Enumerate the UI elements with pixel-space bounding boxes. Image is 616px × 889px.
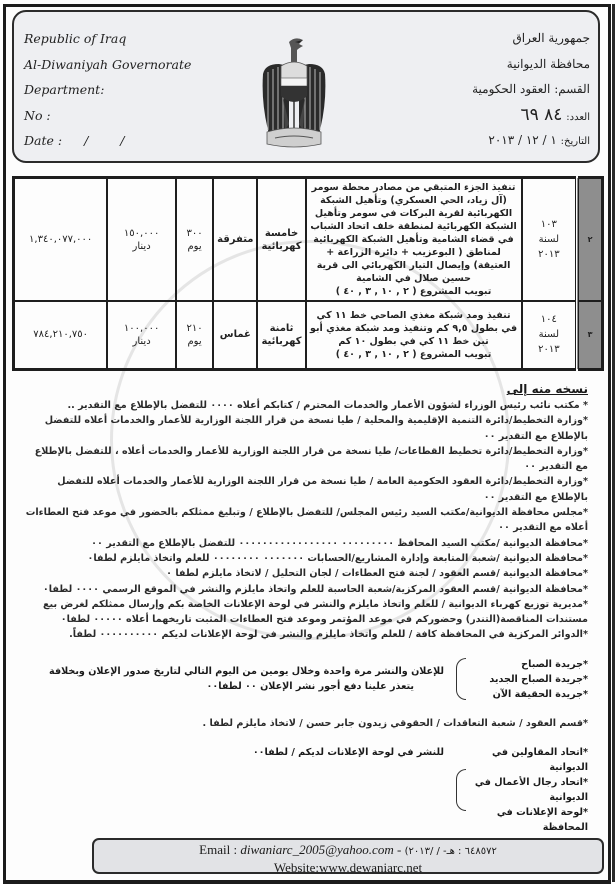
category-type: كهربائية bbox=[261, 240, 301, 253]
country-arabic: جمهورية العراق bbox=[370, 26, 590, 52]
governorate-english: Al-Diwaniyah Governorate bbox=[24, 52, 224, 78]
newspaper-item: *جريدة الصباح bbox=[470, 657, 588, 672]
project-location: متفرقة bbox=[213, 178, 257, 302]
project-number-year-label: لسنة bbox=[526, 232, 573, 247]
letterhead-english: Republic of Iraq Al-Diwaniyah Governorat… bbox=[24, 26, 224, 154]
estimated-cost: ٧٨٤,٢١٠,٧٥٠ bbox=[14, 301, 108, 369]
duration-value: ٢١٠ bbox=[180, 322, 209, 335]
table-row: ٢ ١٠٣ لسنة ٢٠١٣ تنفيذ الجزء المتبقي من م… bbox=[14, 178, 603, 302]
note-line: يتعذر علينا دفع أجور نشر الإعلان ٠٠ لطفا… bbox=[49, 679, 414, 694]
date-row-arabic: التاريخ: ١ / ١٢ / ٢٠١٣ bbox=[370, 128, 590, 154]
note-line: للإعلان والنشر مرة واحدة وخلال يومين من … bbox=[49, 664, 444, 679]
copy-recipient: *الدوائر المركزية في المحافظة كافة / للع… bbox=[20, 627, 588, 642]
copy-recipient: *وزارة التخطيط/دائرة العقود الحكومية الع… bbox=[20, 474, 588, 505]
row-seq: ٢ bbox=[577, 178, 602, 302]
duration-unit: يوم bbox=[180, 240, 209, 253]
duration-unit: يوم bbox=[180, 335, 209, 348]
footer-contact-box: Email : diwaniarc_2005@yahoo.com - (٢٠١٣… bbox=[92, 838, 604, 874]
copy-recipient: *محافظة الديوانية /قسم العقود / لجنة فتح… bbox=[20, 566, 588, 581]
project-number: ١٠٤ لسنة ٢٠١٣ bbox=[522, 301, 578, 369]
date-label: Date : bbox=[24, 133, 62, 148]
governorate-arabic: محافظة الديوانية bbox=[370, 52, 590, 78]
note-line: للنشر في لوحة الإعلانات لديكم / لطفا٠٠ bbox=[253, 745, 444, 760]
price-currency: دينار bbox=[111, 335, 172, 348]
category-grade: ثامنة bbox=[261, 322, 301, 335]
copy-recipient: *محافظة الديوانية /قسم العقود المركزية/ش… bbox=[20, 582, 588, 597]
brace-icon bbox=[456, 769, 466, 811]
date-slashes: / / bbox=[84, 128, 138, 154]
copies-section: نسخه منه إلى * مكتب نائب رئيس الوزراء لش… bbox=[20, 382, 596, 835]
project-location: غماس bbox=[213, 301, 257, 369]
document-price: ١٠٠,٠٠٠ دينار bbox=[107, 301, 176, 369]
project-number-year: ٢٠١٣ bbox=[526, 247, 573, 262]
newspaper-list: *جريدة الصباح *جريدة الصباح الجديد *جريد… bbox=[470, 657, 588, 702]
description-text: تنفيذ ومد شبكة مغذي الصاحي خط ١١ كي في ب… bbox=[310, 309, 518, 348]
union-item: *اتحاد المقاولين في الديوانية bbox=[470, 745, 588, 775]
table-row: ٣ ١٠٤ لسنة ٢٠١٣ تنفيذ ومد شبكة مغذي الصا… bbox=[14, 301, 603, 369]
number-label-arabic: العدد: bbox=[566, 112, 590, 123]
contracts-recipient: *قسم العقود / شعبة التعاقدات / الحقوقي ز… bbox=[20, 716, 588, 731]
newspaper-item: *جريدة الحقيقة الآن bbox=[470, 687, 588, 702]
price-value: ١٠٠,٠٠٠ bbox=[111, 322, 172, 335]
copy-recipient: *مديرية توزيع كهرباء الديوانية / للعلم و… bbox=[20, 597, 588, 628]
duration-value: ٣٠٠ bbox=[180, 227, 209, 240]
copy-recipient: *محافظة الديوانية /مكتب السيد المحافظ ٠٠… bbox=[20, 536, 588, 551]
contractor-category: ثامنة كهربائية bbox=[257, 301, 305, 369]
project-duration: ٢١٠ يوم bbox=[176, 301, 213, 369]
price-value: ١٥٠,٠٠٠ bbox=[111, 227, 172, 240]
project-description: تنفيذ الجزء المتبقي من مصادر محطة سومر (… bbox=[306, 178, 522, 302]
description-text: تنفيذ الجزء المتبقي من مصادر محطة سومر (… bbox=[310, 181, 518, 285]
website-link[interactable]: Website:www.dewaniarc.net bbox=[94, 860, 602, 875]
category-grade: خامسة bbox=[261, 227, 301, 240]
number-row-arabic: العدد: ٨٤ ٦٩ bbox=[370, 103, 590, 129]
copy-recipient: *وزارة التخطيط/دائرة التنمية الإقليمية و… bbox=[20, 413, 588, 444]
copy-recipient: *محافظة الديوانية /شعبة المتابعة وإدارة … bbox=[20, 551, 588, 566]
department-label: Department: bbox=[24, 77, 224, 103]
project-classification: تبويب المشروع ( ٢ , ١٠ , ٣ , ٤٠ ) bbox=[310, 285, 518, 298]
letterhead: Republic of Iraq Al-Diwaniyah Governorat… bbox=[12, 10, 600, 163]
email-label: Email : bbox=[199, 842, 237, 857]
document-price: ١٥٠,٠٠٠ دينار bbox=[107, 178, 176, 302]
union-item: *لوحة الإعلانات في المحافظة bbox=[470, 805, 588, 835]
copies-heading: نسخه منه إلى bbox=[20, 382, 588, 396]
price-currency: دينار bbox=[111, 240, 172, 253]
newspapers-note: للإعلان والنشر مرة واحدة وخلال يومين من … bbox=[49, 664, 444, 694]
project-number: ١٠٣ لسنة ٢٠١٣ bbox=[522, 178, 578, 302]
copy-recipient: *مجلس محافظة الديوانية/مكتب السيد رئيس ا… bbox=[20, 505, 588, 536]
number-label: No : bbox=[24, 103, 224, 129]
brace-icon bbox=[456, 658, 466, 700]
number-value-arabic: ٨٤ ٦٩ bbox=[521, 105, 563, 125]
copy-recipient: * مكتب نائب رئيس الوزراء لشؤون الأعمار و… bbox=[20, 398, 588, 413]
project-classification: تبويب المشروع ( ٢ , ١٠ , ٣ , ٤٠ ) bbox=[310, 348, 518, 361]
date-row: Date : / / bbox=[24, 128, 224, 154]
category-type: كهربائية bbox=[261, 335, 301, 348]
project-duration: ٣٠٠ يوم bbox=[176, 178, 213, 302]
union-item: *اتحاد رجال الأعمال في الديوانية bbox=[470, 775, 588, 805]
copy-recipient: *وزارة التخطيط/دائرة تخطيط القطاعات/ طيا… bbox=[20, 444, 588, 475]
project-number-value: ١٠٤ bbox=[526, 312, 573, 327]
newspaper-item: *جريدة الصباح الجديد bbox=[470, 672, 588, 687]
unions-note: للنشر في لوحة الإعلانات لديكم / لطفا٠٠ bbox=[253, 745, 444, 760]
project-description: تنفيذ ومد شبكة مغذي الصاحي خط ١١ كي في ب… bbox=[306, 301, 522, 369]
footer-line-1: Email : diwaniarc_2005@yahoo.com - (٢٠١٣… bbox=[94, 842, 602, 860]
date-label-arabic: التاريخ: bbox=[561, 136, 590, 147]
newspapers-group: *جريدة الصباح *جريدة الصباح الجديد *جريد… bbox=[20, 657, 588, 702]
projects-table: ٢ ١٠٣ لسنة ٢٠١٣ تنفيذ الجزء المتبقي من م… bbox=[12, 176, 604, 371]
email-link[interactable]: diwaniarc_2005@yahoo.com bbox=[240, 842, 393, 857]
unions-list: *اتحاد المقاولين في الديوانية *اتحاد رجا… bbox=[470, 745, 588, 835]
unions-group: *اتحاد المقاولين في الديوانية *اتحاد رجا… bbox=[20, 745, 588, 835]
project-number-year-label: لسنة bbox=[526, 327, 573, 342]
date-value-arabic: ١ / ١٢ / ٢٠١٣ bbox=[488, 133, 556, 147]
department-arabic: القسم: العقود الحكومية bbox=[370, 77, 590, 103]
phone-date: (٢٠١٣/ / ‎-٦٤٨٥٧٢ : هـ bbox=[405, 846, 497, 857]
country-english: Republic of Iraq bbox=[24, 26, 224, 52]
letterhead-arabic: جمهورية العراق محافظة الديوانية القسم: ا… bbox=[370, 26, 590, 154]
row-seq: ٣ bbox=[577, 301, 602, 369]
eagle-emblem-icon bbox=[259, 34, 329, 152]
estimated-cost: ١,٣٤٠,٠٧٧,٠٠٠ bbox=[14, 178, 108, 302]
separator: - bbox=[394, 842, 405, 857]
project-number-value: ١٠٣ bbox=[526, 217, 573, 232]
project-number-year: ٢٠١٣ bbox=[526, 342, 573, 357]
contractor-category: خامسة كهربائية bbox=[257, 178, 305, 302]
